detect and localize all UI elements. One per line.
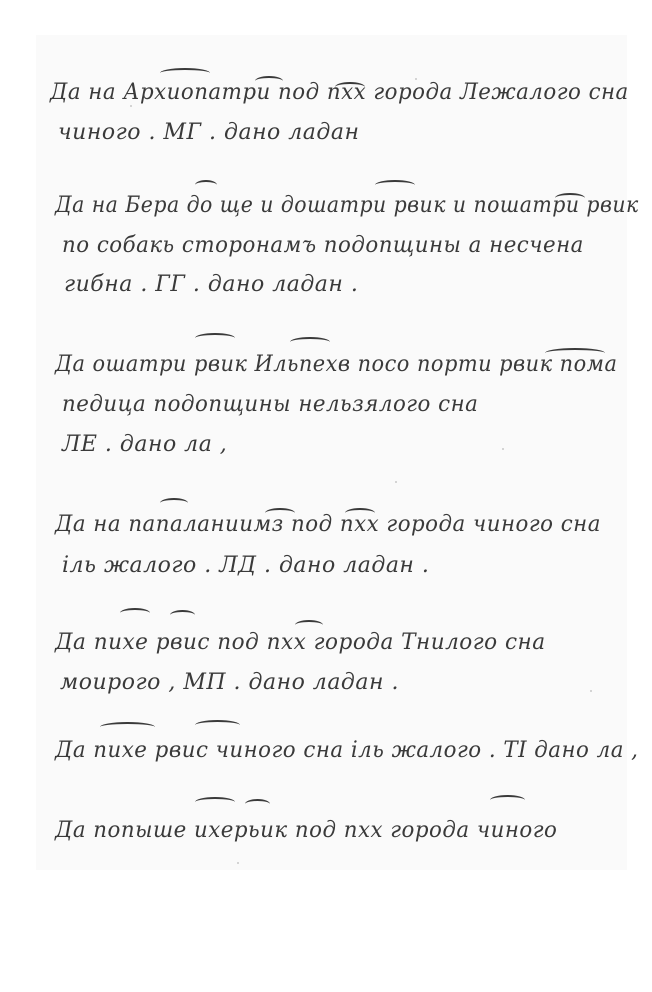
entry-2-line-1: Да на Бера до ще и дошатри рвик и пошатр… (55, 193, 639, 218)
titlo-mark (345, 508, 375, 518)
titlo-mark (195, 720, 240, 730)
paper-speck (415, 78, 417, 80)
entry-1-line-2: чиного . МГ . дано ладан (58, 120, 359, 145)
entry-7-line-1: Да попыше ихерьик под пхх города чиного (55, 818, 557, 843)
titlo-mark (295, 620, 323, 630)
titlo-mark (195, 333, 235, 343)
entry-2-line-3: гибна . ГГ . дано ладан . (64, 272, 358, 297)
titlo-mark (265, 508, 295, 518)
titlo-mark (120, 608, 150, 618)
titlo-mark (375, 180, 415, 190)
entry-2-line-2: по собакь сторонамъ подопщины а несчена (62, 233, 584, 258)
titlo-mark (195, 180, 217, 190)
entry-4-line-2: іль жалого . ЛД . дано ладан . (62, 553, 429, 578)
titlo-mark (170, 610, 195, 620)
paper-speck (237, 862, 239, 864)
paper-speck (130, 105, 132, 107)
paper-speck (590, 690, 592, 692)
titlo-mark (545, 348, 605, 358)
titlo-mark (255, 76, 283, 86)
titlo-mark (245, 799, 270, 809)
entry-5-line-1: Да пихе рвис под пхх города Тнилого сна (55, 630, 546, 655)
titlo-mark (160, 68, 210, 78)
paper-speck (395, 481, 397, 483)
titlo-mark (100, 722, 155, 732)
titlo-mark (290, 337, 330, 347)
entry-3-line-3: ЛЕ . дано ла , (62, 432, 227, 457)
titlo-mark (195, 797, 235, 807)
titlo-mark (555, 193, 585, 203)
entry-6-line-1: Да пихе рвис чиного сна іль жалого . ТІ … (55, 738, 638, 763)
entry-3-line-2: педица подопщины нельзялого сна (62, 392, 478, 417)
entry-5-line-2: моирого , МП . дано ладан . (60, 670, 399, 695)
titlo-mark (490, 795, 525, 805)
entry-4-line-1: Да на папаланиимз под пхх города чиного … (55, 512, 601, 537)
paper-speck (502, 448, 504, 450)
entry-3-line-1: Да ошатри рвик Ильпехв посо порти рвик п… (55, 352, 617, 377)
titlo-mark (160, 498, 188, 508)
titlo-mark (335, 82, 365, 92)
